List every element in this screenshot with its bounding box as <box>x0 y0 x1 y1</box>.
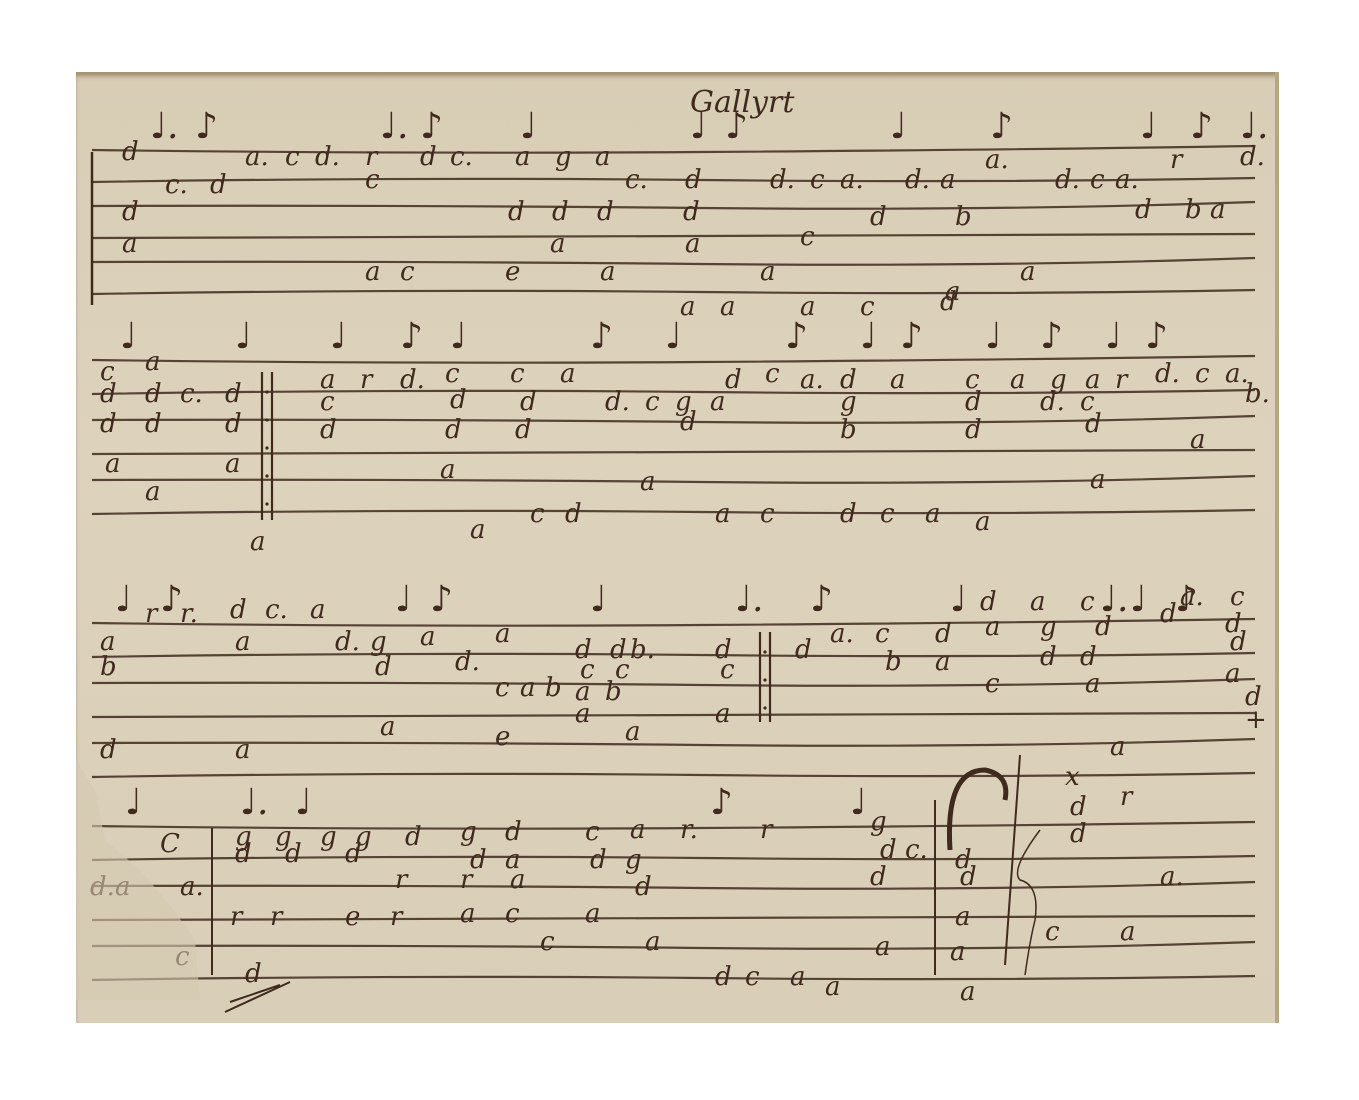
tab-letter: d <box>375 652 392 682</box>
tab-letter: a <box>715 499 731 529</box>
rhythm-flag: ♩ <box>665 316 682 357</box>
staff-line <box>92 976 1255 980</box>
tab-letter: a <box>225 449 241 479</box>
rhythm-flag: ♩ <box>1140 106 1157 147</box>
tab-letter: d <box>980 587 997 617</box>
tab-letter: d <box>445 415 462 445</box>
tab-letter: d <box>320 415 337 445</box>
rhythm-flag: ♪ <box>710 782 733 823</box>
tab-letter: d. <box>455 647 480 677</box>
tab-letter: d <box>1095 612 1112 642</box>
tab-letter: c <box>765 359 780 389</box>
tab-letter: c <box>645 387 660 417</box>
repeat-dot <box>265 418 268 421</box>
tab-letter: a. <box>830 619 854 649</box>
rhythm-flag: ♪ <box>195 106 218 147</box>
repeat-dot <box>265 390 268 393</box>
rhythm-flag: ♩ <box>890 106 907 147</box>
repeat-dot <box>265 502 268 505</box>
tab-letter: + <box>1245 705 1267 735</box>
repeat-dot <box>763 650 766 653</box>
staff-line <box>92 942 1255 949</box>
repeat-dot <box>265 446 268 449</box>
tab-letter: d <box>683 197 700 227</box>
tab-letter: r <box>1120 782 1134 812</box>
staff-line <box>92 713 1255 717</box>
tab-letter: a. <box>840 165 864 195</box>
tab-letter: d. <box>770 165 795 195</box>
tab-letter: d <box>635 872 652 902</box>
rhythm-flag: ♪ <box>430 579 453 620</box>
tab-letter: r <box>145 599 159 629</box>
staff-line <box>92 178 1255 182</box>
tab-letter: a <box>955 902 971 932</box>
tab-letter: a <box>1090 465 1106 495</box>
tab-letter: b. <box>630 635 655 665</box>
tab-letter: a <box>440 455 456 485</box>
tab-letter: d <box>1070 819 1087 849</box>
tab-letter: a <box>890 365 906 395</box>
tab-letter: a <box>515 142 531 172</box>
tab-letter: d <box>470 845 487 875</box>
tab-letter: d <box>235 839 252 869</box>
tab-letter: b <box>1185 195 1202 225</box>
tab-letter: d <box>965 387 982 417</box>
rhythm-flag: ♪ <box>1190 106 1213 147</box>
tab-letter: a <box>380 712 396 742</box>
tab-letter: d <box>420 142 437 172</box>
rhythm-flag: ♩. <box>380 106 408 147</box>
tab-letter: a <box>122 229 138 259</box>
staff-line <box>92 450 1255 454</box>
tab-letter: d <box>1230 627 1247 657</box>
tab-letter: c <box>745 962 760 992</box>
repeat-barline <box>262 372 272 520</box>
rhythm-flag: ♩ <box>985 316 1002 357</box>
tab-letter: a <box>105 449 121 479</box>
staff-line <box>92 202 1255 209</box>
fermata-icon <box>949 770 1005 850</box>
tab-letter: a <box>975 507 991 537</box>
staff-line <box>92 234 1255 238</box>
tab-letter: a <box>145 477 161 507</box>
rhythm-flag: ♩ <box>1105 316 1122 357</box>
tab-letter: d <box>122 197 139 227</box>
tab-letter: d <box>1070 792 1087 822</box>
tab-letter: d. <box>335 627 360 657</box>
tab-letter: d <box>880 835 897 865</box>
tab-letter: a. <box>1180 582 1204 612</box>
tab-letter: a <box>1120 917 1136 947</box>
tab-letter: d <box>225 409 242 439</box>
tab-letter: C <box>160 829 180 859</box>
rhythm-flag: ♪ <box>420 106 443 147</box>
tab-letter: a <box>1085 669 1101 699</box>
tab-letter: d <box>552 197 569 227</box>
tab-letter: b <box>605 677 622 707</box>
tab-letter: d <box>1040 642 1057 672</box>
tab-letter: a <box>680 292 696 322</box>
tab-letter: d <box>450 385 467 415</box>
tab-letter: r <box>1170 145 1184 175</box>
rhythm-flag: ♩ <box>450 316 467 357</box>
tab-letter: a <box>1030 587 1046 617</box>
tab-letter: e <box>495 722 510 752</box>
rhythm-flag: ♪ <box>785 316 808 357</box>
rhythm-flag: ♩ <box>850 782 867 823</box>
rhythm-flag: ♪ <box>400 316 423 357</box>
tab-letter: d <box>965 415 982 445</box>
tab-letter: r <box>395 865 409 895</box>
tab-letter: c. <box>905 835 928 865</box>
tab-letter: d <box>122 137 139 167</box>
tab-letter: g <box>840 387 857 417</box>
rhythm-flag: ♪ <box>590 316 613 357</box>
tab-letter: a <box>940 165 956 195</box>
tab-letter: d <box>508 197 525 227</box>
tab-letter: g <box>625 845 642 875</box>
rhythm-flag: ♪ <box>990 106 1013 147</box>
tab-letter: a <box>585 899 601 929</box>
rhythm-flag: ♪ <box>1145 316 1168 357</box>
tab-letter: c <box>1045 917 1060 947</box>
tab-letter: d <box>870 862 887 892</box>
staff-line <box>92 258 1255 265</box>
rhythm-flag: ♩ <box>950 579 967 620</box>
tab-letter: a <box>760 257 776 287</box>
tab-letter: c <box>585 817 600 847</box>
tab-letter: g <box>870 807 887 837</box>
tab-letter: a <box>560 359 576 389</box>
tab-letter: d <box>1135 195 1152 225</box>
tab-letter: a <box>645 927 661 957</box>
rhythm-flag: ♩ <box>520 106 537 147</box>
tablature-score: Gallyrt♩.♪♩.♪♩♩♪♩♪♩♪♩.dc.da.cd.rcdc.agac… <box>0 0 1359 1100</box>
tab-letter: r <box>1115 365 1129 395</box>
tab-letter: a <box>685 229 701 259</box>
rhythm-flag: ♩ <box>125 782 142 823</box>
tab-letter: x <box>1065 762 1080 792</box>
tab-letter: a <box>1225 659 1241 689</box>
tab-letter: c <box>720 655 735 685</box>
tab-letter: a <box>235 627 251 657</box>
tab-letter: d <box>100 735 117 765</box>
repeat-dot <box>763 706 766 709</box>
tab-letter: b <box>885 647 902 677</box>
tab-letter: d <box>405 822 422 852</box>
tab-letter: d <box>680 407 697 437</box>
tab-letter: c <box>1230 582 1245 612</box>
tab-letter: a. <box>1160 862 1184 892</box>
tab-letter: a <box>575 699 591 729</box>
tab-letter: d <box>840 499 857 529</box>
staff-line <box>92 916 1255 920</box>
tab-letter: b <box>100 652 117 682</box>
tab-letter: d <box>590 845 607 875</box>
tab-letter: a <box>145 347 161 377</box>
tab-letter: a <box>640 467 656 497</box>
staff-line <box>92 290 1255 294</box>
staff-line <box>92 739 1255 746</box>
tab-letter: a <box>600 257 616 287</box>
tab-letter: a <box>875 932 891 962</box>
tab-letter: c <box>365 165 380 195</box>
rhythm-flag: ♩ <box>295 782 312 823</box>
staff-line <box>92 773 1255 777</box>
tab-letter: c <box>810 165 825 195</box>
bracket-flourish <box>1018 830 1041 975</box>
tab-letter: a. <box>1115 165 1139 195</box>
tab-letter: a <box>250 527 266 557</box>
tab-letter: d <box>245 959 262 989</box>
tab-letter: d. <box>905 165 930 195</box>
tab-letter: c <box>540 927 555 957</box>
tab-letter: d <box>725 365 742 395</box>
repeat-dot <box>763 678 766 681</box>
tab-letter: c <box>320 387 335 417</box>
staff-line <box>92 356 1255 363</box>
tab-letter: c <box>800 222 815 252</box>
tab-letter: d. <box>1240 142 1265 172</box>
tab-letter: d <box>1085 409 1102 439</box>
tab-letter: a <box>520 673 536 703</box>
tab-letter: c <box>505 899 520 929</box>
tab-letter: c <box>760 499 775 529</box>
tab-letter: b <box>545 673 562 703</box>
tab-letter: a <box>460 899 476 929</box>
tab-letter: a <box>495 619 511 649</box>
tab-letter: a <box>595 142 611 172</box>
tab-letter: a <box>1010 365 1026 395</box>
rhythm-flag: ♩. <box>1240 106 1268 147</box>
tab-letter: c <box>530 499 545 529</box>
tab-letter: a <box>365 257 381 287</box>
tab-letter: a <box>235 735 251 765</box>
tab-letter: r <box>270 902 284 932</box>
tab-letter: a <box>1210 195 1226 225</box>
tab-letter: d <box>795 635 812 665</box>
tab-letter: c <box>285 142 300 172</box>
tab-letter: d <box>685 165 702 195</box>
tab-letter: r <box>390 902 404 932</box>
tab-letter: a <box>1190 425 1206 455</box>
rhythm-flag: ♩ <box>860 316 877 357</box>
tab-letter: a <box>925 499 941 529</box>
tab-letter: d <box>345 839 362 869</box>
tab-letter: g <box>320 822 337 852</box>
tab-letter: d <box>1080 642 1097 672</box>
tab-letter: d <box>870 202 887 232</box>
rhythm-flag: ♩ <box>590 579 607 620</box>
tab-letter: d. <box>605 387 630 417</box>
tab-letter: d <box>100 409 117 439</box>
tab-letter: d <box>597 197 614 227</box>
tab-letter: a <box>630 815 646 845</box>
staff-line <box>92 856 1255 860</box>
tab-letter: d <box>715 962 732 992</box>
tab-letter: a <box>1020 257 1036 287</box>
rhythm-flag: ♪ <box>810 579 833 620</box>
tab-letter: d <box>100 379 117 409</box>
tab-letter: d <box>565 499 582 529</box>
tab-letter: a <box>550 229 566 259</box>
tab-letter: c <box>495 673 510 703</box>
tab-letter: c <box>1090 165 1105 195</box>
tab-letter: b <box>840 415 857 445</box>
tab-letter: a <box>950 937 966 967</box>
tab-letter: e <box>505 257 520 287</box>
rhythm-flag: ♩. <box>240 782 268 823</box>
tab-letter: g <box>555 142 572 172</box>
tab-letter: c. <box>450 142 473 172</box>
tab-letter: a. <box>180 872 204 902</box>
tab-letter: d. <box>315 142 340 172</box>
tab-letter: d. <box>400 365 425 395</box>
tab-letter: r <box>360 365 374 395</box>
tab-letter: d <box>1160 599 1177 629</box>
tab-letter: d <box>515 415 532 445</box>
tab-letter: c. <box>265 595 288 625</box>
tab-letter: r <box>460 865 474 895</box>
tab-letter: a. <box>245 142 269 172</box>
tab-letter: d <box>230 595 247 625</box>
tab-letter: a <box>470 515 486 545</box>
tab-letter: d <box>225 379 242 409</box>
tab-letter: a <box>625 717 641 747</box>
tab-letter: a. <box>985 145 1009 175</box>
tab-letter: d <box>210 170 227 200</box>
tab-letter: d <box>285 839 302 869</box>
rhythm-flag: ♩ <box>120 316 137 357</box>
tab-letter: b. <box>1245 379 1270 409</box>
tab-letter: a <box>710 387 726 417</box>
tab-letter: b <box>955 202 972 232</box>
rhythm-flag: ♪ <box>1040 316 1063 357</box>
rhythm-flag: ♩ <box>690 106 707 147</box>
tab-letter: d <box>505 817 522 847</box>
staff-line <box>92 510 1255 514</box>
tab-letter: r <box>760 815 774 845</box>
tab-letter: a <box>1110 732 1126 762</box>
rhythm-flag: ♩ <box>115 579 132 620</box>
tab-letter: r <box>230 902 244 932</box>
tab-letter: d <box>145 409 162 439</box>
repeat-dot <box>265 474 268 477</box>
tab-letter: r. <box>180 599 198 629</box>
tab-letter: d <box>960 862 977 892</box>
tab-letter: d. <box>1055 165 1080 195</box>
tab-letter: c. <box>165 170 188 200</box>
tab-letter: e <box>345 902 360 932</box>
rhythm-flag: ♩. <box>150 106 178 147</box>
tab-letter: c <box>400 257 415 287</box>
tab-letter: a <box>510 865 526 895</box>
rhythm-flag: ♩ <box>330 316 347 357</box>
tab-letter: a <box>715 699 731 729</box>
tab-letter: a <box>720 292 736 322</box>
tab-letter: c <box>1080 587 1095 617</box>
tab-letter: c <box>880 499 895 529</box>
tab-letter: c <box>875 619 890 649</box>
rhythm-flag: ♩. <box>735 579 763 620</box>
rhythm-flag: ♪ <box>900 316 923 357</box>
tab-letter: c <box>985 669 1000 699</box>
tab-letter: c. <box>625 165 648 195</box>
rhythm-flag: ♩ <box>1130 579 1147 620</box>
tab-letter: a <box>935 647 951 677</box>
tab-letter: a <box>310 595 326 625</box>
rhythm-flag: ♪ <box>725 106 748 147</box>
rhythm-flag: ♩ <box>235 316 252 357</box>
staff-line <box>92 679 1255 686</box>
tab-letter: d. <box>1155 359 1180 389</box>
tab-letter: c <box>510 359 525 389</box>
tab-letter: d. <box>1040 387 1065 417</box>
tab-letter: a <box>960 977 976 1007</box>
tab-letter: a. <box>800 365 824 395</box>
rhythm-flag: ♩ <box>395 579 412 620</box>
tab-letter: d <box>940 287 957 317</box>
tab-letter: a <box>790 962 806 992</box>
tab-letter: a <box>420 622 436 652</box>
tab-letter: c <box>1195 359 1210 389</box>
tab-letter: d <box>145 379 162 409</box>
tab-letter: c. <box>180 379 203 409</box>
tab-letter: g <box>460 817 477 847</box>
tab-letter: d <box>935 619 952 649</box>
tab-letter: d <box>520 387 537 417</box>
tab-letter: r. <box>680 815 698 845</box>
staff-line <box>92 882 1255 889</box>
tab-letter: a <box>825 972 841 1002</box>
